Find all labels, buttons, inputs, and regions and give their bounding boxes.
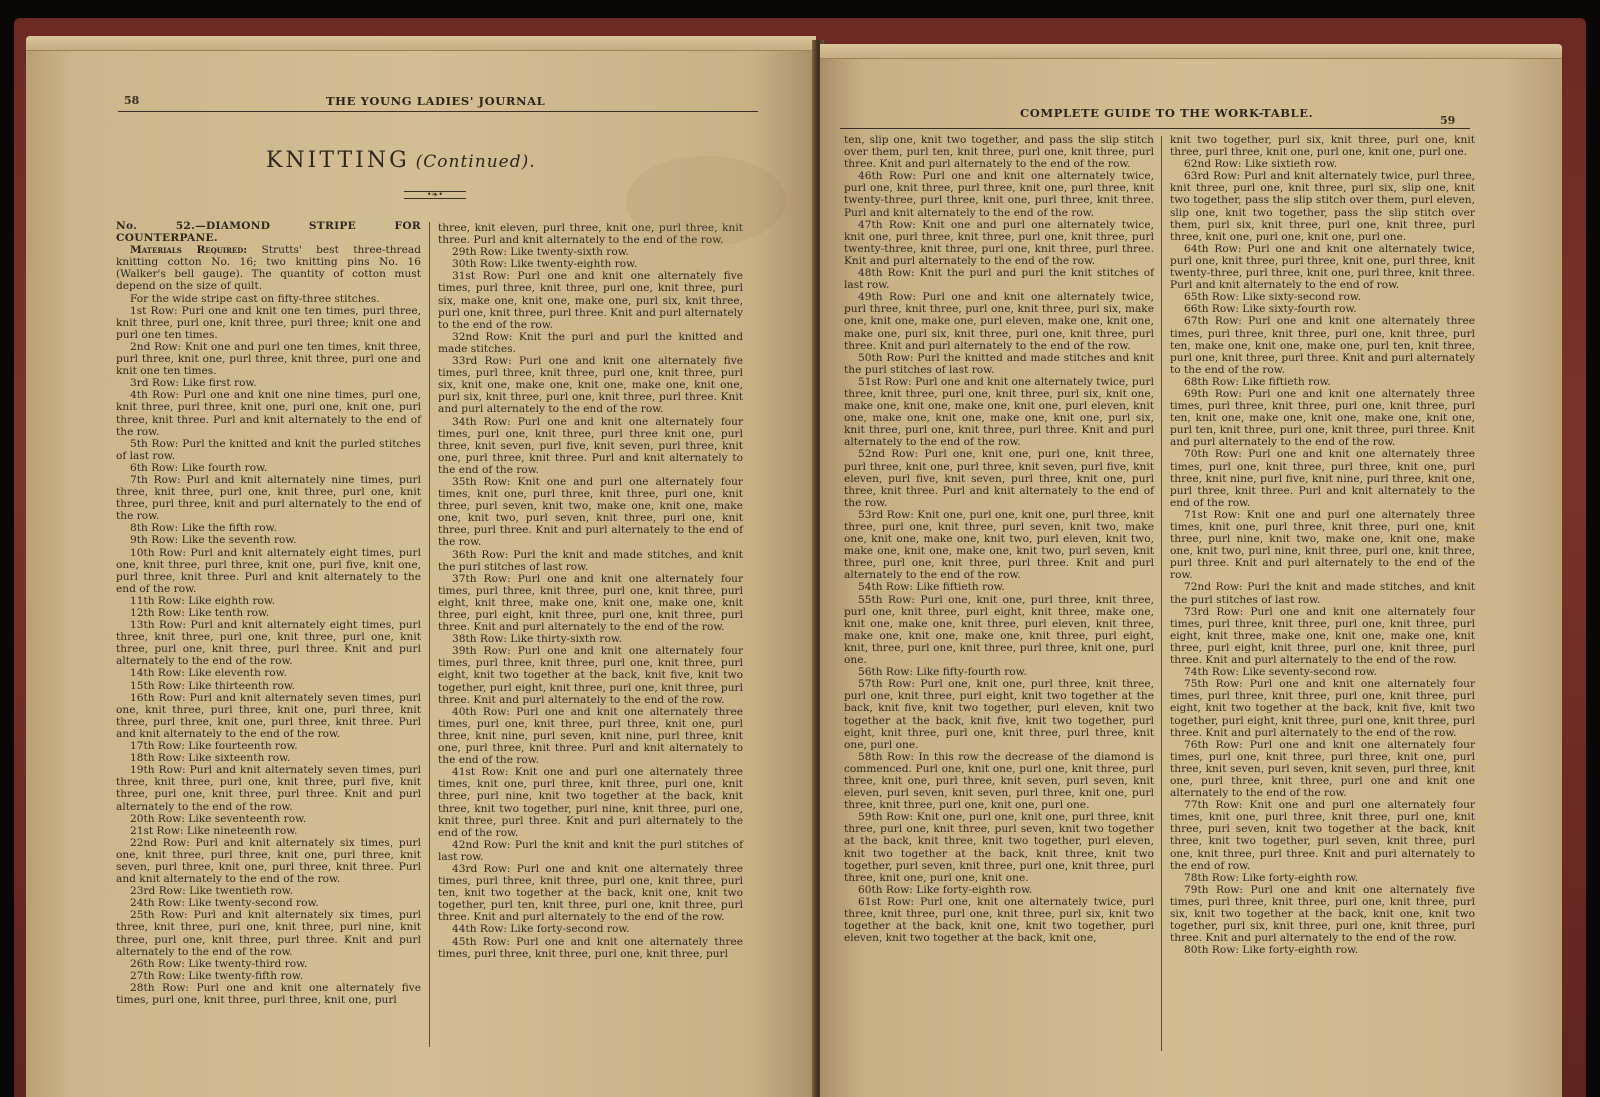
row-instruction: 34th Row: Purl one and knit one alternat…	[438, 416, 743, 476]
row-text: Like eighth row.	[188, 595, 275, 607]
row-label: 49th Row:	[858, 291, 916, 303]
row-instruction: 30th Row: Like twenty-eighth row.	[438, 258, 743, 270]
row-label: 40th Row:	[452, 706, 510, 718]
row-instruction: 27th Row: Like twenty-fifth row.	[116, 970, 421, 982]
row-text: Like tenth row.	[188, 607, 269, 619]
row-instruction: 62nd Row: Like sixtieth row.	[1170, 158, 1475, 170]
row-instruction: 57th Row: Purl one, knit one, purl three…	[844, 678, 1154, 751]
row-label: 38th Row:	[452, 633, 507, 645]
row-instruction: 77th Row: Knit one and purl one alternat…	[1170, 799, 1475, 872]
row-instruction: 5th Row: Purl the knitted and knit the p…	[116, 438, 421, 462]
row-instruction: 70th Row: Purl one and knit one alternat…	[1170, 448, 1475, 508]
header-rule	[118, 111, 758, 112]
row-instruction: 75th Row: Purl one and knit one alternat…	[1170, 678, 1475, 738]
row-label: 8th Row:	[130, 522, 178, 534]
row-label: 21st Row:	[130, 825, 184, 837]
row-label: 45th Row:	[452, 936, 510, 948]
row-label: 24th Row:	[130, 897, 185, 909]
row-label: 35th Row:	[452, 476, 511, 488]
materials-paragraph: Materials Required: Strutts' best three-…	[116, 244, 421, 292]
row-label: 76th Row:	[1184, 739, 1243, 751]
left-column-2: three, knit eleven, purl three, knit one…	[438, 222, 743, 960]
row-text: Like fiftieth row.	[1242, 376, 1330, 388]
row-label: 11th Row:	[130, 595, 185, 607]
row-text: Like sixty-second row.	[1242, 291, 1361, 303]
row-label: 47th Row:	[858, 219, 916, 231]
row-instruction: 78th Row: Like forty-eighth row.	[1170, 872, 1475, 884]
row-instruction: 17th Row: Like fourteenth row.	[116, 740, 421, 752]
row-instruction: 67th Row: Purl one and knit one alternat…	[1170, 315, 1475, 375]
row-instruction: 39th Row: Purl one and knit one alternat…	[438, 645, 743, 705]
row-instruction: 44th Row: Like forty-second row.	[438, 923, 743, 935]
continuation-text: ten, slip one, knit two together, and pa…	[844, 134, 1154, 170]
row-instruction: 24th Row: Like twenty-second row.	[116, 897, 421, 909]
row-instruction: 37th Row: Purl one and knit one alternat…	[438, 573, 743, 633]
row-label: 43rd Row:	[452, 863, 511, 875]
row-text: Like twenty-fifth row.	[188, 970, 303, 982]
row-label: 59th Row:	[858, 811, 913, 823]
running-head: THE YOUNG LADIES' JOURNAL	[326, 94, 545, 108]
row-list: 46th Row: Purl one and knit one alternat…	[844, 170, 1154, 944]
row-text: Like the fifth row.	[182, 522, 277, 534]
row-instruction: 45th Row: Purl one and knit one alternat…	[438, 936, 743, 960]
row-label: 10th Row:	[130, 547, 186, 559]
row-label: 25th Row:	[130, 909, 188, 921]
row-instruction: 59th Row: Knit one, purl one, knit one, …	[844, 811, 1154, 884]
row-instruction: 42nd Row: Purl the knit and knit the pur…	[438, 839, 743, 863]
row-text: Like sixty-fourth row.	[1242, 303, 1356, 315]
row-instruction: 26th Row: Like twenty-third row.	[116, 958, 421, 970]
continuation-text: knit two together, purl six, knit three,…	[1170, 134, 1475, 158]
row-label: 46th Row:	[858, 170, 916, 182]
row-instruction: 65th Row: Like sixty-second row.	[1170, 291, 1475, 303]
row-instruction: 38th Row: Like thirty-sixth row.	[438, 633, 743, 645]
row-text: Like the seventh row.	[182, 534, 297, 546]
row-label: 68th Row:	[1184, 376, 1239, 388]
row-instruction: 33rd Row: Purl one and knit one alternat…	[438, 355, 743, 415]
row-instruction: 46th Row: Purl one and knit one alternat…	[844, 170, 1154, 218]
row-instruction: 74th Row: Like seventy-second row.	[1170, 666, 1475, 678]
row-label: 9th Row:	[130, 534, 178, 546]
row-text: Like fifty-fourth row.	[916, 666, 1027, 678]
header-rule	[840, 128, 1470, 129]
row-label: 78th Row:	[1184, 872, 1239, 884]
row-label: 63rd Row:	[1184, 170, 1240, 182]
row-instruction: 32nd Row: Knit the purl and purl the kni…	[438, 331, 743, 355]
row-text: Like fiftieth row.	[916, 581, 1004, 593]
row-instruction: 55th Row: Purl one, knit one, purl three…	[844, 594, 1154, 667]
row-instruction: 18th Row: Like sixteenth row.	[116, 752, 421, 764]
row-instruction: 48th Row: Knit the purl and purl the kni…	[844, 267, 1154, 291]
row-label: 29th Row:	[452, 246, 507, 258]
row-label: 80th Row:	[1184, 944, 1239, 956]
row-label: 50th Row:	[858, 352, 913, 364]
continuation-text: three, knit eleven, purl three, knit one…	[438, 222, 743, 246]
row-instruction: 64th Row: Purl one and knit one alternat…	[1170, 243, 1475, 291]
row-label: 20th Row:	[130, 813, 185, 825]
row-text: Like twentieth row.	[189, 885, 293, 897]
row-label: 33rd Row:	[452, 355, 512, 367]
row-instruction: 22nd Row: Purl and knit alternately six …	[116, 837, 421, 885]
page-title: KNITTING(Continued).	[266, 148, 536, 173]
row-instruction: 31st Row: Purl one and knit one alternat…	[438, 270, 743, 330]
row-text: Like twenty-third row.	[188, 958, 307, 970]
row-instruction: 53rd Row: Knit one, purl one, knit one, …	[844, 509, 1154, 582]
row-instruction: 72nd Row: Purl the knit and made stitche…	[1170, 581, 1475, 605]
row-instruction: 80th Row: Like forty-eighth row.	[1170, 944, 1475, 956]
row-label: 42nd Row:	[452, 839, 510, 851]
row-instruction: 63rd Row: Purl and knit alternately twic…	[1170, 170, 1475, 243]
row-text: Like fourth row.	[182, 462, 268, 474]
row-instruction: 9th Row: Like the seventh row.	[116, 534, 421, 546]
row-instruction: 56th Row: Like fifty-fourth row.	[844, 666, 1154, 678]
row-label: 60th Row:	[858, 884, 913, 896]
row-instruction: 51st Row: Purl one and knit one alternat…	[844, 376, 1154, 449]
row-text: Like thirty-sixth row.	[510, 633, 622, 645]
right-column-2: knit two together, purl six, knit three,…	[1170, 134, 1475, 956]
row-instruction: 76th Row: Purl one and knit one alternat…	[1170, 739, 1475, 799]
row-label: 15th Row:	[130, 680, 185, 692]
row-text: Like seventy-second row.	[1242, 666, 1377, 678]
row-label: 52nd Row:	[858, 448, 918, 460]
row-label: 70th Row:	[1184, 448, 1242, 460]
row-instruction: 60th Row: Like forty-eighth row.	[844, 884, 1154, 896]
row-label: 23rd Row:	[130, 885, 186, 897]
row-label: 54th Row:	[858, 581, 913, 593]
row-label: 53rd Row:	[858, 509, 914, 521]
row-list: 29th Row: Like twenty-sixth row.30th Row…	[438, 246, 743, 960]
row-label: 17th Row:	[130, 740, 185, 752]
right-column-1: ten, slip one, knit two together, and pa…	[844, 134, 1154, 944]
row-instruction: 69th Row: Purl one and knit one alternat…	[1170, 388, 1475, 448]
row-text: Like eleventh row.	[188, 667, 287, 679]
row-label: 74th Row:	[1184, 666, 1239, 678]
row-instruction: 16th Row: Purl and knit alternately seve…	[116, 692, 421, 740]
row-instruction: 19th Row: Purl and knit alternately seve…	[116, 764, 421, 812]
row-list: 1st Row: Purl one and knit one ten times…	[116, 305, 421, 1006]
row-instruction: 54th Row: Like fiftieth row.	[844, 581, 1154, 593]
row-label: 44th Row:	[452, 923, 507, 935]
row-instruction: 29th Row: Like twenty-sixth row.	[438, 246, 743, 258]
row-label: 57th Row:	[858, 678, 915, 690]
row-instruction: 40th Row: Purl one and knit one alternat…	[438, 706, 743, 766]
row-text: Like sixtieth row.	[1245, 158, 1337, 170]
row-instruction: 71st Row: Knit one and purl one alternat…	[1170, 509, 1475, 582]
row-label: 79th Row:	[1184, 884, 1243, 896]
row-label: 1st Row:	[130, 305, 178, 317]
row-instruction: 43rd Row: Purl one and knit one alternat…	[438, 863, 743, 923]
row-instruction: 12th Row: Like tenth row.	[116, 607, 421, 619]
row-text: Like sixteenth row.	[188, 752, 290, 764]
row-label: 73rd Row:	[1184, 606, 1243, 618]
row-label: 30th Row:	[452, 258, 507, 270]
row-instruction: 21st Row: Like nineteenth row.	[116, 825, 421, 837]
row-label: 61st Row:	[858, 896, 914, 908]
row-instruction: 25th Row: Purl and knit alternately six …	[116, 909, 421, 957]
column-divider	[429, 222, 430, 1047]
row-instruction: 11th Row: Like eighth row.	[116, 595, 421, 607]
row-label: 26th Row:	[130, 958, 185, 970]
row-label: 51st Row:	[858, 376, 912, 388]
row-instruction: 35th Row: Knit one and purl one alternat…	[438, 476, 743, 549]
materials-label: Materials Required:	[130, 244, 247, 256]
row-label: 77th Row:	[1184, 799, 1243, 811]
pattern-title: No. 52.—DIAMOND STRIPE FOR COUNTERPANE.	[116, 220, 421, 244]
row-instruction: 50th Row: Purl the knitted and made stit…	[844, 352, 1154, 376]
row-instruction: 61st Row: Purl one, knit one alternately…	[844, 896, 1154, 944]
row-text: Like forty-eighth row.	[1242, 872, 1358, 884]
cast-on-instruction: For the wide stripe cast on fifty-three …	[116, 293, 421, 305]
row-label: 14th Row:	[130, 667, 185, 679]
row-instruction: 1st Row: Purl one and knit one ten times…	[116, 305, 421, 341]
row-label: 41st Row:	[452, 766, 508, 778]
row-instruction: 6th Row: Like fourth row.	[116, 462, 421, 474]
row-instruction: 52nd Row: Purl one, knit one, purl one, …	[844, 448, 1154, 508]
row-instruction: 68th Row: Like fiftieth row.	[1170, 376, 1475, 388]
row-text: Like seventeenth row.	[188, 813, 306, 825]
row-instruction: 10th Row: Purl and knit alternately eigh…	[116, 547, 421, 595]
row-label: 69th Row:	[1184, 388, 1242, 400]
left-column-1: No. 52.—DIAMOND STRIPE FOR COUNTERPANE. …	[116, 220, 421, 1006]
row-text: Like thirteenth row.	[188, 680, 295, 692]
row-instruction: 4th Row: Purl one and knit one nine time…	[116, 389, 421, 437]
row-label: 22nd Row:	[130, 837, 190, 849]
row-text: Like forty-second row.	[510, 923, 629, 935]
row-instruction: 58th Row: In this row the decrease of th…	[844, 751, 1154, 811]
row-label: 56th Row:	[858, 666, 913, 678]
row-label: 67th Row:	[1184, 315, 1242, 327]
row-label: 27th Row:	[130, 970, 185, 982]
row-text: Like twenty-sixth row.	[510, 246, 629, 258]
row-text: Like forty-eighth row.	[1242, 944, 1358, 956]
row-list: 62nd Row: Like sixtieth row.63rd Row: Pu…	[1170, 158, 1475, 956]
row-instruction: 79th Row: Purl one and knit one alternat…	[1170, 884, 1475, 944]
row-text: Like forty-eighth row.	[916, 884, 1032, 896]
row-label: 3rd Row:	[130, 377, 179, 389]
row-instruction: 49th Row: Purl one and knit one alternat…	[844, 291, 1154, 351]
title-suffix: (Continued).	[416, 152, 536, 172]
row-label: 39th Row:	[452, 645, 511, 657]
row-instruction: 20th Row: Like seventeenth row.	[116, 813, 421, 825]
ornament-divider: •❧•	[404, 191, 466, 199]
row-label: 32nd Row:	[452, 331, 512, 343]
row-text: Like first row.	[182, 377, 256, 389]
row-text: Like fourteenth row.	[188, 740, 297, 752]
row-label: 28th Row:	[130, 982, 189, 994]
row-label: 71st Row:	[1184, 509, 1240, 521]
row-instruction: 15th Row: Like thirteenth row.	[116, 680, 421, 692]
row-label: 36th Row:	[452, 549, 508, 561]
row-label: 37th Row:	[452, 573, 511, 585]
row-instruction: 14th Row: Like eleventh row.	[116, 667, 421, 679]
row-label: 66th Row:	[1184, 303, 1239, 315]
row-instruction: 2nd Row: Knit one and purl one ten times…	[116, 341, 421, 377]
row-label: 18th Row:	[130, 752, 185, 764]
row-instruction: 66th Row: Like sixty-fourth row.	[1170, 303, 1475, 315]
page-top-edge	[26, 36, 816, 51]
page-top-edge	[820, 44, 1562, 59]
row-instruction: 36th Row: Purl the knit and made stitche…	[438, 549, 743, 573]
page-number: 58	[124, 94, 139, 107]
row-label: 72nd Row:	[1184, 581, 1243, 593]
row-label: 31st Row:	[452, 270, 510, 282]
page-number: 59	[1440, 114, 1455, 127]
row-text: Like twenty-eighth row.	[510, 258, 637, 270]
row-label: 62nd Row:	[1184, 158, 1241, 170]
row-instruction: 28th Row: Purl one and knit one alternat…	[116, 982, 421, 1006]
row-label: 75th Row:	[1184, 678, 1243, 690]
row-label: 34th Row:	[452, 416, 511, 428]
row-instruction: 13th Row: Purl and knit alternately eigh…	[116, 619, 421, 667]
row-label: 12th Row:	[130, 607, 185, 619]
row-label: 7th Row:	[130, 474, 181, 486]
row-label: 5th Row:	[130, 438, 179, 450]
title-main: KNITTING	[266, 148, 410, 173]
row-label: 6th Row:	[130, 462, 178, 474]
row-instruction: 7th Row: Purl and knit alternately nine …	[116, 474, 421, 522]
running-head: COMPLETE GUIDE TO THE WORK-TABLE.	[1020, 106, 1313, 120]
row-label: 58th Row:	[858, 751, 914, 763]
row-label: 55th Row:	[858, 594, 915, 606]
left-page: 58 THE YOUNG LADIES' JOURNAL KNITTING(Co…	[26, 36, 816, 1097]
row-text: Like nineteenth row.	[187, 825, 297, 837]
column-divider	[1161, 136, 1162, 1051]
row-instruction: 73rd Row: Purl one and knit one alternat…	[1170, 606, 1475, 666]
row-label: 13th Row:	[130, 619, 186, 631]
row-instruction: 8th Row: Like the fifth row.	[116, 522, 421, 534]
row-label: 4th Row:	[130, 389, 179, 401]
row-instruction: 41st Row: Knit one and purl one alternat…	[438, 766, 743, 839]
row-label: 48th Row:	[858, 267, 915, 279]
row-instruction: 47th Row: Knit one and purl one alternat…	[844, 219, 1154, 267]
row-instruction: 23rd Row: Like twentieth row.	[116, 885, 421, 897]
row-text: Like twenty-second row.	[188, 897, 318, 909]
row-label: 64th Row:	[1184, 243, 1241, 255]
row-label: 2nd Row:	[130, 341, 181, 353]
row-instruction: 3rd Row: Like first row.	[116, 377, 421, 389]
row-label: 19th Row:	[130, 764, 186, 776]
right-page: COMPLETE GUIDE TO THE WORK-TABLE. 59 ten…	[820, 44, 1562, 1097]
row-label: 16th Row:	[130, 692, 186, 704]
row-label: 65th Row:	[1184, 291, 1239, 303]
